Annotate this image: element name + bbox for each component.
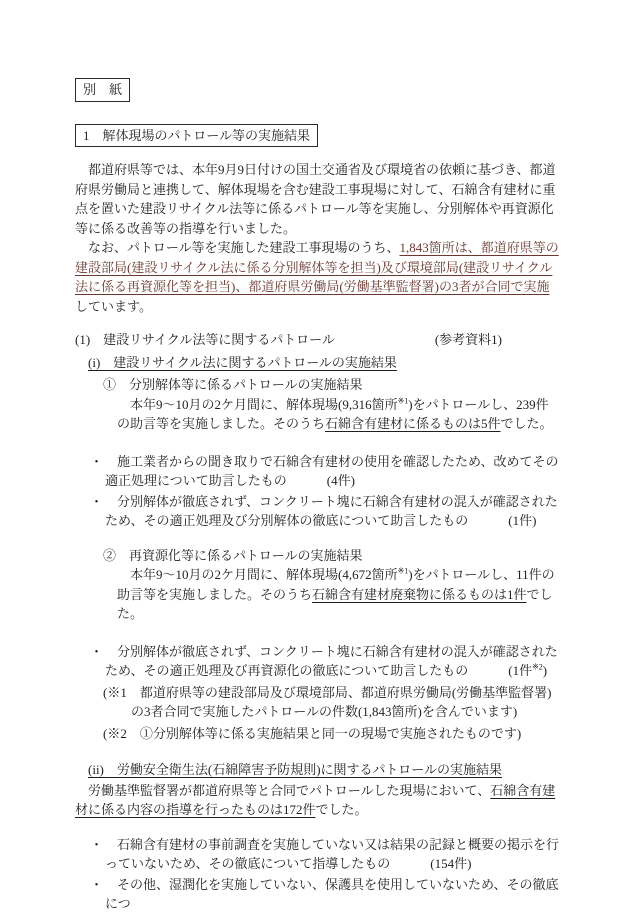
list-item: ・その他、湿潤化を実施していない、保護具を使用していないため、その徹底につ <box>105 875 560 914</box>
text-run: ) <box>543 663 547 678</box>
section-title: 1 解体現場のパトロール等の実施結果 <box>83 128 310 143</box>
list-item-text: その他、湿潤化を実施していない、保護具を使用していないため、その徹底につ <box>105 877 558 912</box>
text-run: (1件 <box>508 663 532 678</box>
besshi-label: 別 紙 <box>83 82 122 97</box>
bullet-icon: ・ <box>90 492 103 512</box>
item-2-paragraph: 本年9～10月の2ケ月間に、解体現場(4,672箇所※1)をパトロールし、11件… <box>117 565 560 624</box>
reference-label: (参考資料1) <box>435 330 502 350</box>
text-run: (4件) <box>327 473 355 488</box>
item-2-title: ② 再資源化等に係るパトロールの実施結果 <box>103 546 560 566</box>
text-run: 労働基準監督署が都道府県等と合同でパトロールした現場において、 <box>75 783 490 798</box>
bullet-icon: ・ <box>90 452 103 472</box>
text-run: ※1 <box>398 396 409 405</box>
heading-ii-paragraph: 労働基準監督署が都道府県等と合同でパトロールした現場において、石綿含有建材に係る… <box>75 781 560 820</box>
count-label: (4件) <box>327 471 355 491</box>
list-item-text: 分別解体が徹底されず、コンクリート塊に石綿含有建材の混入が確認されたため、その適… <box>105 494 558 529</box>
text-run: ※2 <box>532 663 543 672</box>
text-run: でした。 <box>316 802 368 817</box>
heading-1-label: (1) 建設リサイクル法等に関するパトロール <box>75 330 335 350</box>
list-item: ・石綿含有建材の事前調査を実施していない又は結果の記録と概要の掲示を行っていない… <box>105 835 560 874</box>
footnote-1: (※1 都道府県等の建設部局及び環境部局、都道府県労働局(労働基準監督署)の3者… <box>103 683 560 722</box>
text-run: 石綿含有建材廃棄物に係るものは1件 <box>312 587 527 602</box>
section-title-box: 1 解体現場のパトロール等の実施結果 <box>75 124 318 148</box>
bullet-icon: ・ <box>90 835 103 855</box>
list-item: ・分別解体が徹底されず、コンクリート塊に石綿含有建材の混入が確認されたため、その… <box>105 492 560 531</box>
text-run: 本年9～10月の2ケ月間に、解体現場(4,672箇所 <box>117 567 398 582</box>
text-run: ※1 <box>398 567 409 576</box>
item-1-paragraph: 本年9～10月の2ケ月間に、解体現場(9,316箇所※1)をパトロールし、239… <box>117 395 560 434</box>
text-run: 石綿含有建材に係るものは5件 <box>325 416 501 431</box>
text-run: なお、パトロール等を実施した建設工事現場のうち、 <box>75 240 399 255</box>
list-item-text: 石綿含有建材の事前調査を実施していない又は結果の記録と概要の掲示を行っていないた… <box>105 837 559 872</box>
list-item: ・分別解体が徹底されず、コンクリート塊に石綿含有建材の混入が確認されたため、その… <box>105 642 560 681</box>
intro-paragraph-2: なお、パトロール等を実施した建設工事現場のうち、1,843箇所は、都道府県等の建… <box>75 238 560 316</box>
heading-ii: (ii) 労働安全衛生法(石綿障害予防規則)に関するパトロールの実施結果 <box>88 760 560 780</box>
intro-paragraph-1: 都道府県等では、本年9月9日付けの国土交通省及び環境省の依頼に基づき、都道府県労… <box>75 160 560 238</box>
item-1-title: ① 分別解体等に係るパトロールの実施結果 <box>103 375 560 395</box>
besshi-label-box: 別 紙 <box>75 78 130 102</box>
document-page: 別 紙 1 解体現場のパトロール等の実施結果 都道府県等では、本年9月9日付けの… <box>0 0 630 916</box>
heading-1: (1) 建設リサイクル法等に関するパトロール (参考資料1) <box>75 330 560 350</box>
list-item-text: 分別解体が徹底されず、コンクリート塊に石綿含有建材の混入が確認されたため、その適… <box>105 644 558 679</box>
footnote-2: (※2 ①分別解体等に係る実施結果と同一の現場で実施されたものです) <box>103 724 560 744</box>
count-label: (1件※2) <box>508 661 547 681</box>
text-run: (154件) <box>430 856 471 871</box>
text-run: しています。 <box>75 299 152 314</box>
count-label: (1件) <box>508 511 536 531</box>
text-run: 本年9～10月の2ケ月間に、解体現場(9,316箇所 <box>117 397 398 412</box>
text-run: (1件) <box>508 513 536 528</box>
text-run: でした。 <box>501 416 553 431</box>
heading-i: (i) 建設リサイクル法に関するパトロールの実施結果 <box>88 353 560 373</box>
bullet-icon: ・ <box>90 642 103 662</box>
list-item: ・施工業者からの聞き取りで石綿含有建材の使用を確認したため、改めてその適正処理に… <box>105 452 560 491</box>
count-label: (154件) <box>430 854 471 874</box>
bullet-icon: ・ <box>90 875 103 895</box>
